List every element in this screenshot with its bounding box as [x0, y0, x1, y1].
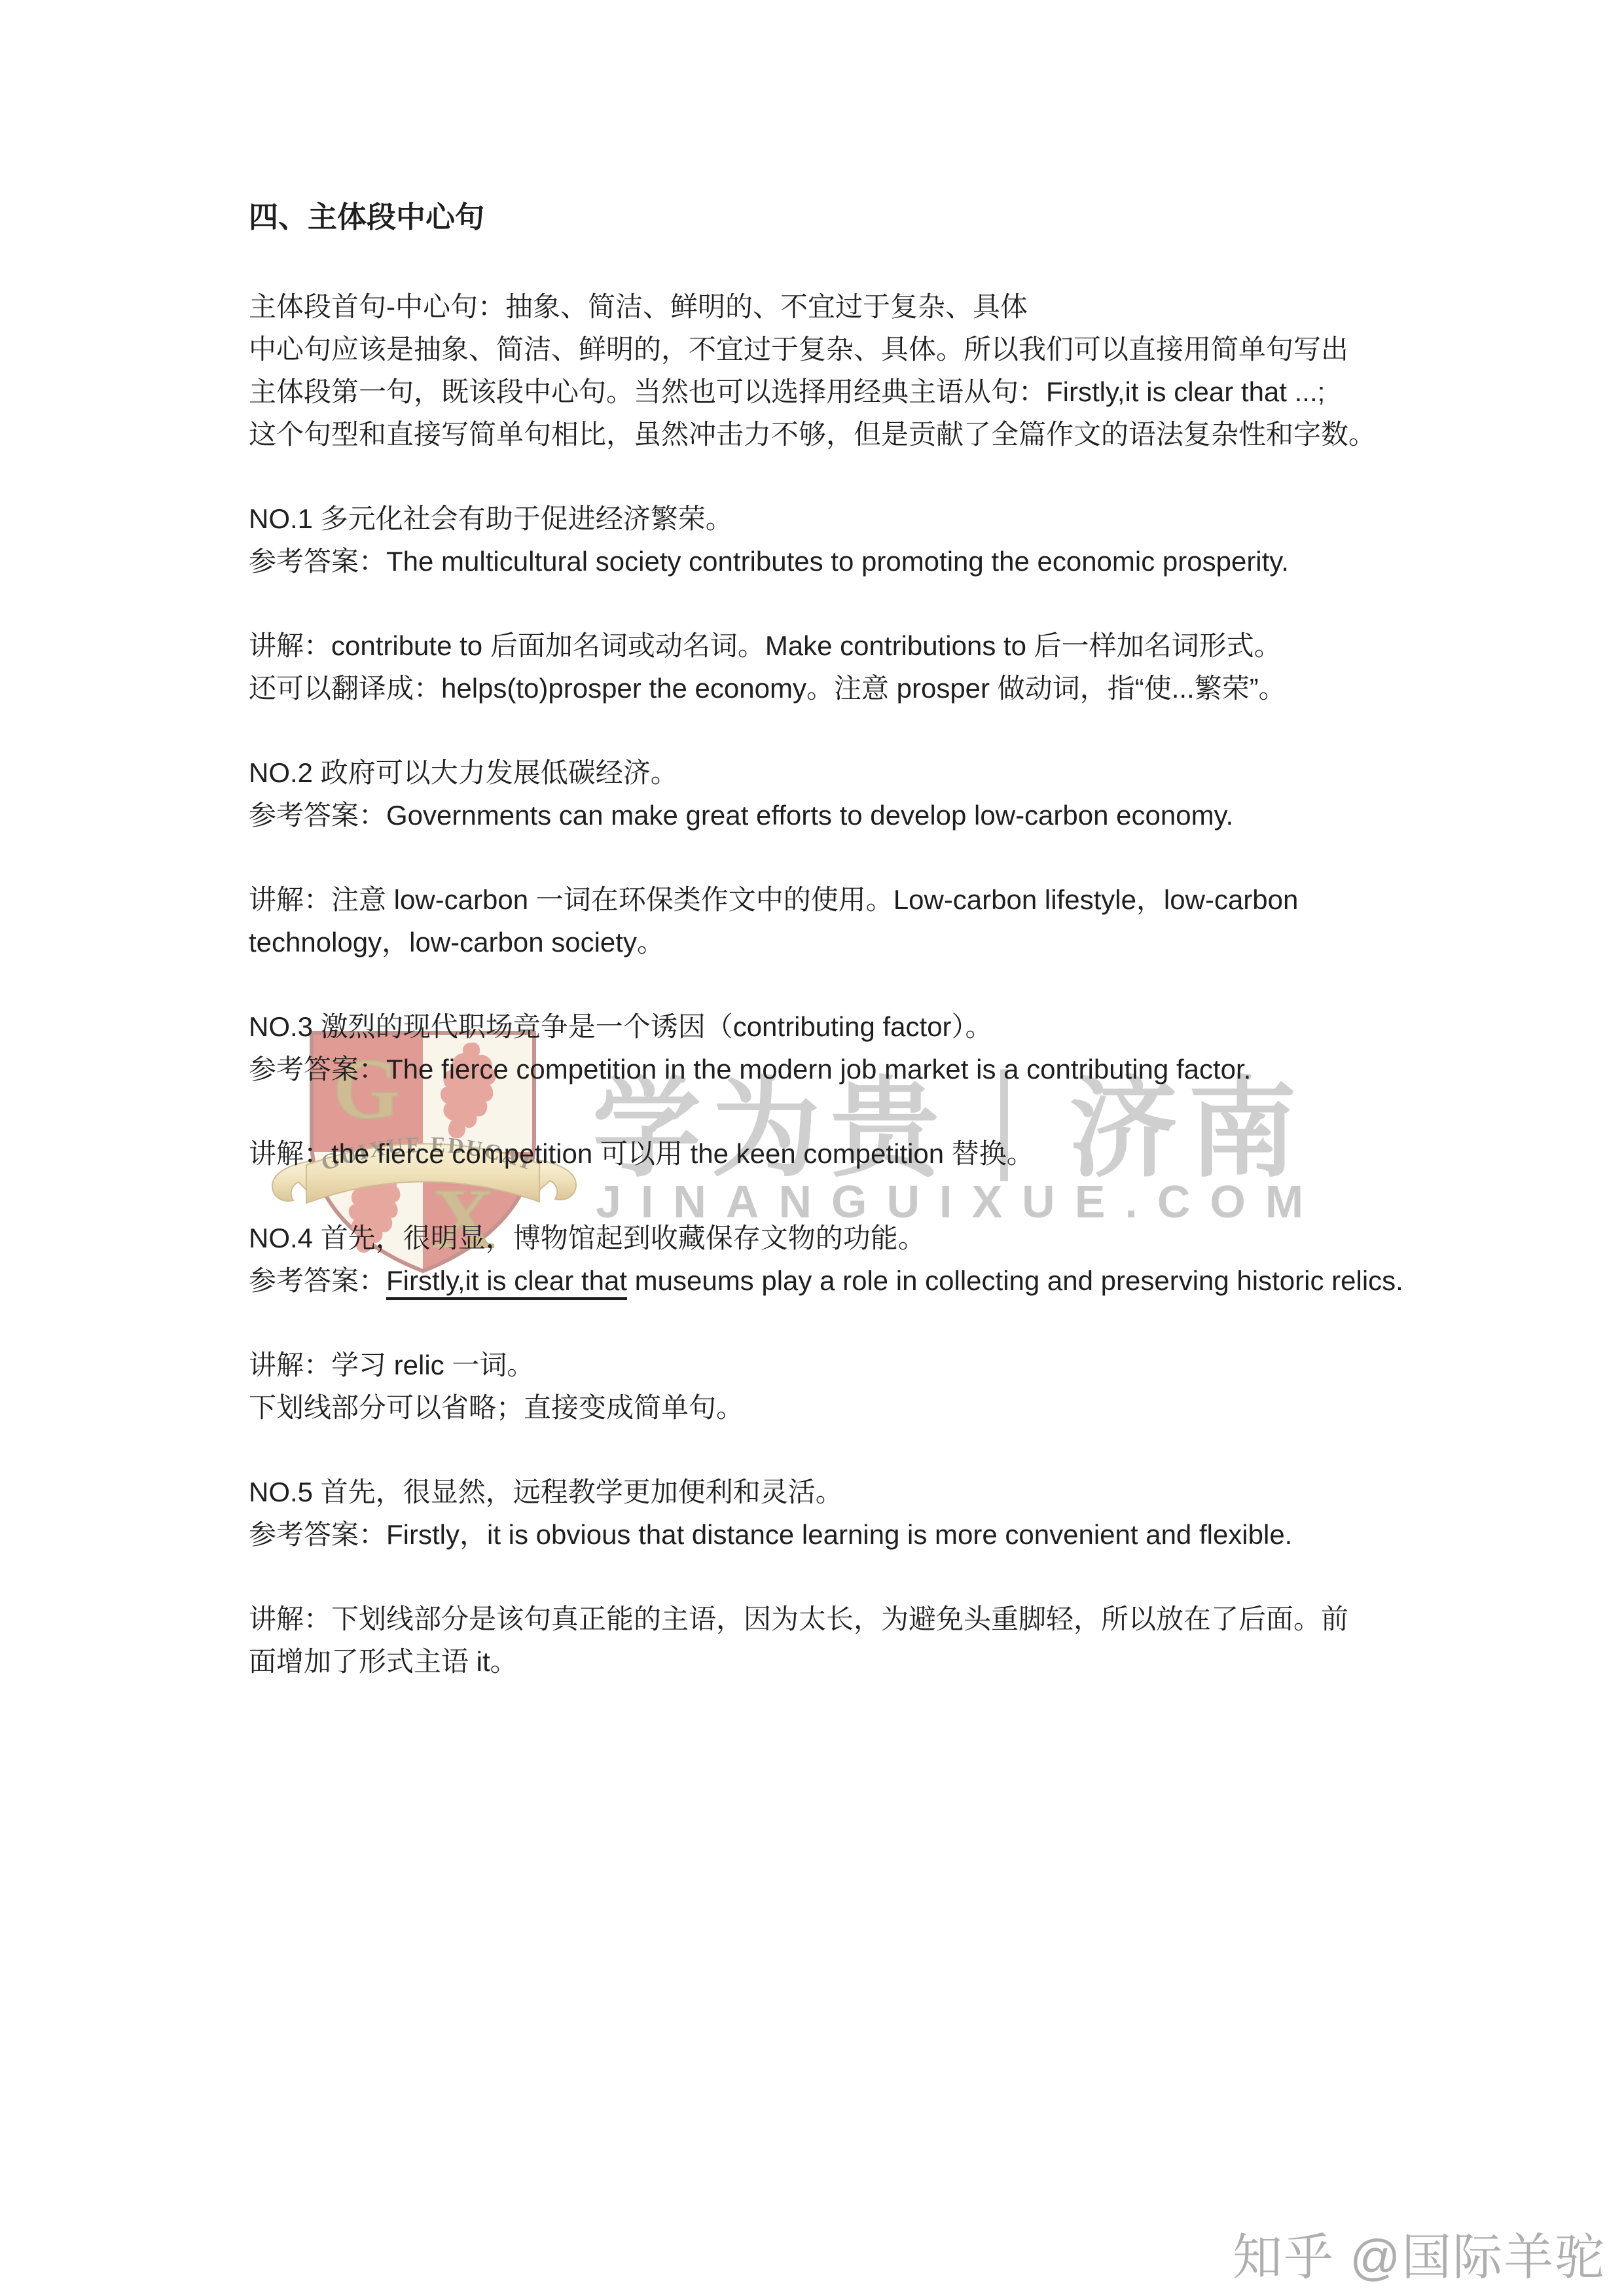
item-no5: NO.5 首先，很显然，远程教学更加便利和灵活。 参考答案：Firstly，it… — [249, 1471, 1377, 1556]
answer-text: The fierce competition in the modern job… — [386, 1054, 1251, 1085]
note-line: 面增加了形式主语 it。 — [249, 1640, 1377, 1683]
answer-label: 参考答案： — [249, 546, 386, 577]
zhihu-credit: 知乎 @国际羊驼 — [1233, 2217, 1606, 2289]
item-no3: NO.3 激烈的现代职场竞争是一个诱因（contributing factor）… — [249, 1005, 1377, 1090]
answer-text: Firstly，it is obvious that distance lear… — [386, 1519, 1292, 1550]
answer-label: 参考答案： — [249, 1265, 386, 1296]
intro-line: 中心句应该是抽象、简洁、鲜明的，不宜过于复杂、具体。所以我们可以直接用简单句写出 — [249, 328, 1377, 370]
item-title: NO.4 首先，很明显，博物馆起到收藏保存文物的功能。 — [249, 1217, 1377, 1259]
item-title: NO.5 首先，很显然，远程教学更加便利和灵活。 — [249, 1471, 1377, 1513]
item-title: NO.3 激烈的现代职场竞争是一个诱因（contributing factor）… — [249, 1005, 1377, 1048]
item-no4-notes: 讲解：学习 relic 一词。 下划线部分可以省略；直接变成简单句。 — [249, 1344, 1377, 1429]
note-line: 还可以翻译成：helps(to)prosper the economy。注意 p… — [249, 667, 1377, 709]
section-heading: 四、主体段中心句 — [249, 196, 1377, 238]
answer-underlined-text: Firstly,it is clear that — [386, 1265, 627, 1300]
intro-line: 主体段第一句，既该段中心句。当然也可以选择用经典主语从句：Firstly,it … — [249, 370, 1377, 413]
item-no1-notes: 讲解：contribute to 后面加名词或动名词。Make contribu… — [249, 624, 1377, 709]
item-no4: NO.4 首先，很明显，博物馆起到收藏保存文物的功能。 参考答案：Firstly… — [249, 1217, 1377, 1302]
document-page: G X GUIXUE EDUCATION 学为贵｜济南 JINANGUIXUE.… — [0, 0, 1624, 2296]
item-no5-notes: 讲解：下划线部分是该句真正能的主语，因为太长，为避免头重脚轻，所以放在了后面。前… — [249, 1598, 1377, 1683]
item-no2-notes: 讲解：注意 low-carbon 一词在环保类作文中的使用。Low-carbon… — [249, 878, 1377, 963]
note-line: 讲解：学习 relic 一词。 — [249, 1344, 1377, 1386]
answer-text: museums play a role in collecting and pr… — [627, 1265, 1403, 1296]
item-answer-line: 参考答案：Governments can make great efforts … — [249, 794, 1377, 836]
item-no1: NO.1 多元化社会有助于促进经济繁荣。 参考答案：The multicultu… — [249, 497, 1377, 583]
answer-label: 参考答案： — [249, 800, 386, 831]
note-line: technology，low-carbon society。 — [249, 921, 1377, 963]
note-line: 下划线部分可以省略；直接变成简单句。 — [249, 1386, 1377, 1429]
answer-text: Governments can make great efforts to de… — [386, 800, 1233, 831]
answer-label: 参考答案： — [249, 1519, 386, 1550]
item-answer-line: 参考答案：The fierce competition in the moder… — [249, 1048, 1377, 1090]
answer-text: The multicultural society contributes to… — [386, 546, 1289, 577]
note-line: 讲解：注意 low-carbon 一词在环保类作文中的使用。Low-carbon… — [249, 878, 1377, 921]
item-answer-line: 参考答案：Firstly,it is clear that museums pl… — [249, 1259, 1377, 1302]
item-title: NO.2 政府可以大力发展低碳经济。 — [249, 751, 1377, 794]
intro-paragraph: 主体段首句-中心句：抽象、简洁、鲜明的、不宜过于复杂、具体 中心句应该是抽象、简… — [249, 285, 1377, 456]
note-line: 讲解：下划线部分是该句真正能的主语，因为太长，为避免头重脚轻，所以放在了后面。前 — [249, 1598, 1377, 1640]
note-line: 讲解：the fierce competition 可以用 the keen c… — [249, 1132, 1377, 1175]
note-line: 讲解：contribute to 后面加名词或动名词。Make contribu… — [249, 624, 1377, 667]
item-answer-line: 参考答案：The multicultural society contribut… — [249, 540, 1377, 583]
item-title: NO.1 多元化社会有助于促进经济繁荣。 — [249, 497, 1377, 540]
document-content: 四、主体段中心句 主体段首句-中心句：抽象、简洁、鲜明的、不宜过于复杂、具体 中… — [249, 196, 1377, 1683]
intro-line: 主体段首句-中心句：抽象、简洁、鲜明的、不宜过于复杂、具体 — [249, 285, 1377, 328]
answer-label: 参考答案： — [249, 1054, 386, 1085]
item-answer-line: 参考答案：Firstly，it is obvious that distance… — [249, 1513, 1377, 1556]
item-no3-notes: 讲解：the fierce competition 可以用 the keen c… — [249, 1132, 1377, 1175]
intro-line: 这个句型和直接写简单句相比，虽然冲击力不够，但是贡献了全篇作文的语法复杂性和字数… — [249, 413, 1377, 456]
item-no2: NO.2 政府可以大力发展低碳经济。 参考答案：Governments can … — [249, 751, 1377, 836]
